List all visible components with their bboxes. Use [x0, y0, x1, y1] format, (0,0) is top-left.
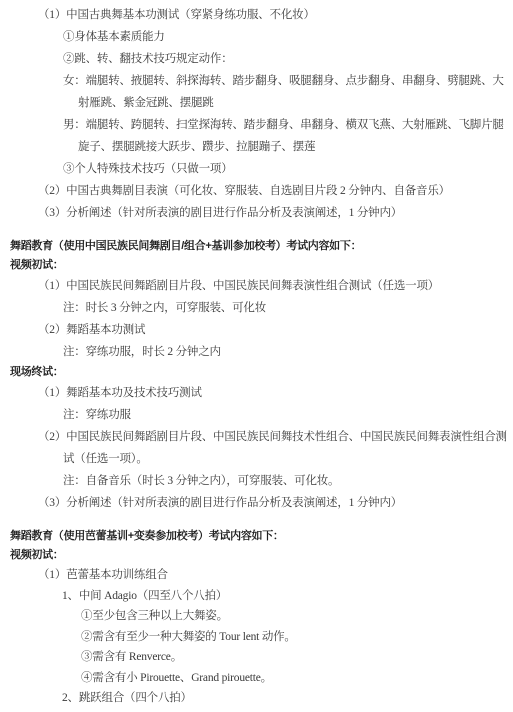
- text-line: ②需含有至少一种大舞姿的 Tour lent 动作。: [0, 627, 513, 648]
- text-line: 射雁跳、紫金冠跳、摆腿跳: [0, 92, 513, 114]
- text-line: 女：端腿转、掖腿转、斜探海转、踏步翻身、吸腿翻身、点步翻身、串翻身、劈腿跳、大: [0, 70, 513, 92]
- text-line: 注：穿练功服，时长 2 分钟之内: [0, 341, 513, 363]
- text-line: 注：自备音乐（时长 3 分钟之内），可穿服装、可化妆。: [0, 470, 513, 492]
- text-line: 男：端腿转、跨腿转、扫堂探海转、踏步翻身、串翻身、横双飞燕、大射雁跳、飞脚片腿: [0, 114, 513, 136]
- dance-education-folk-dance-exam: 舞蹈教育（使用中国民族民间舞剧目/组合+基训参加校考）考试内容如下：视频初试：（…: [0, 237, 513, 514]
- text-line: ②跳、转、翻技术技巧规定动作：: [0, 48, 513, 70]
- section-heading: 舞蹈教育（使用芭蕾基训+变奏参加校考）考试内容如下：: [0, 527, 513, 546]
- text-line: （3）分析阐述（针对所表演的剧目进行作品分析及表演阐述，1 分钟内）: [0, 492, 513, 514]
- dance-education-ballet-exam: 舞蹈教育（使用芭蕾基训+变奏参加校考）考试内容如下：视频初试：（1）芭蕾基本功训…: [0, 527, 513, 709]
- text-line: 1、中间 Adagio（四至八个八拍）: [0, 586, 513, 607]
- text-line: （1）芭蕾基本功训练组合: [0, 565, 513, 586]
- text-line: （1）中国民族民间舞蹈剧目片段、中国民族民间舞表演性组合测试（任选一项）: [0, 275, 513, 297]
- text-line: 2、跳跃组合（四个八拍）: [0, 688, 513, 709]
- text-line: ①至少包含三种以上大舞姿。: [0, 606, 513, 627]
- text-line: （1）舞蹈基本功及技术技巧测试: [0, 382, 513, 404]
- text-line: （3）分析阐述（针对所表演的剧目进行作品分析及表演阐述，1 分钟内）: [0, 202, 513, 224]
- text-line: 旋子、摆腿跳接大跃步、躜步、拉腿蹦子、摆莲: [0, 136, 513, 158]
- text-line: ③需含有 Renverce。: [0, 647, 513, 668]
- section-heading: 现场终试：: [0, 363, 513, 382]
- chinese-classical-dance-exam-items: （1）中国古典舞基本功测试（穿紧身练功服、不化妆）①身体基本素质能力②跳、转、翻…: [0, 4, 513, 224]
- section-heading: 舞蹈教育（使用中国民族民间舞剧目/组合+基训参加校考）考试内容如下：: [0, 237, 513, 256]
- text-line: 注：穿练功服: [0, 404, 513, 426]
- text-line: ③个人特殊技术技巧（只做一项）: [0, 158, 513, 180]
- section-heading: 视频初试：: [0, 256, 513, 275]
- text-line: （2）中国民族民间舞蹈剧目片段、中国民族民间舞技术性组合、中国民族民间舞表演性组…: [0, 426, 513, 448]
- text-line: 试（任选一项）。: [0, 448, 513, 470]
- document-page: （1）中国古典舞基本功测试（穿紧身练功服、不化妆）①身体基本素质能力②跳、转、翻…: [0, 0, 513, 709]
- text-line: （2）舞蹈基本功测试: [0, 319, 513, 341]
- text-line: 注：时长 3 分钟之内，可穿服装、可化妆: [0, 297, 513, 319]
- text-line: ④需含有小 Pirouette、Grand pirouette。: [0, 668, 513, 689]
- section-heading: 视频初试：: [0, 546, 513, 565]
- text-line: （2）中国古典舞剧目表演（可化妆、穿服装、自选剧目片段 2 分钟内、自备音乐）: [0, 180, 513, 202]
- text-line: （1）中国古典舞基本功测试（穿紧身练功服、不化妆）: [0, 4, 513, 26]
- text-line: ①身体基本素质能力: [0, 26, 513, 48]
